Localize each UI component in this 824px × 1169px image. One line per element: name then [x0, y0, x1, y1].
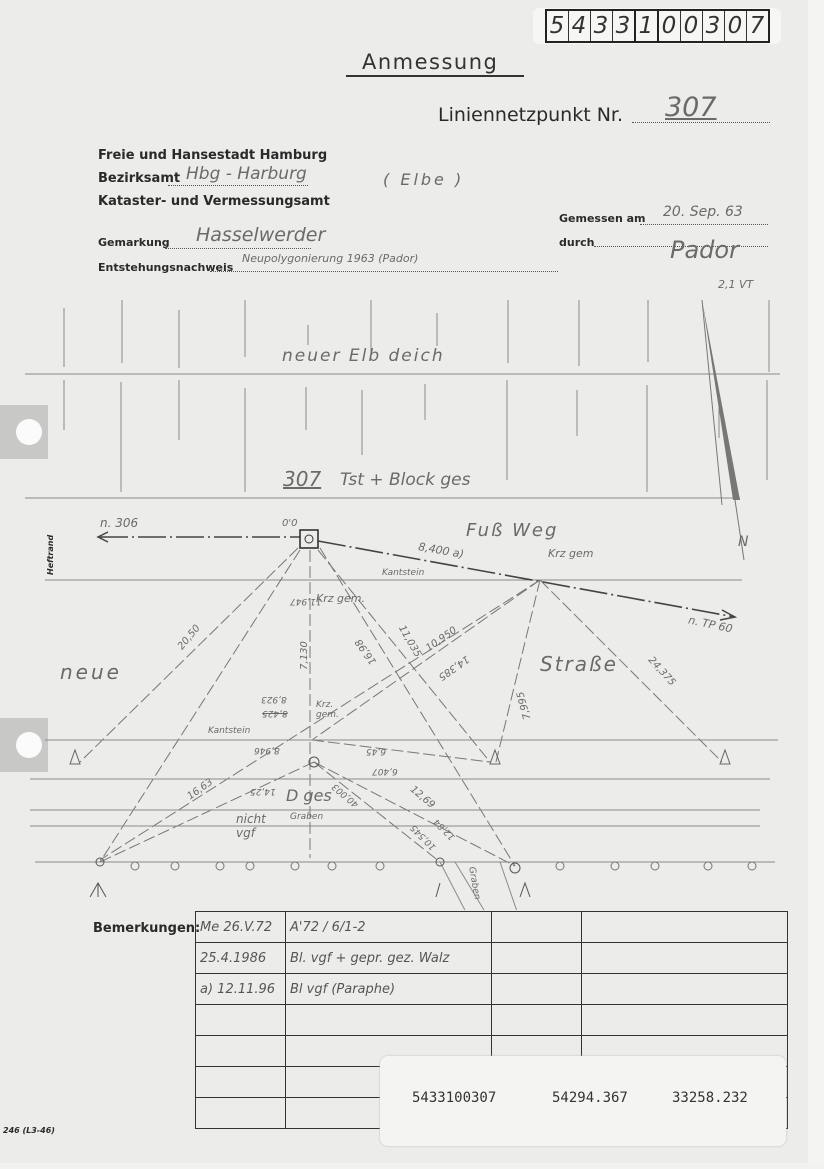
id-digit: 3: [703, 11, 725, 41]
by-label: durch: [559, 236, 594, 249]
coordinate-y: 33258.232: [672, 1090, 748, 1106]
remarks-cell: Bl vgf (Paraphe): [286, 974, 492, 1005]
district-label: Bezirksamt: [98, 171, 180, 186]
measurement: 6,45: [366, 746, 386, 756]
measurement: 14,25: [250, 786, 276, 796]
heftrand-label: Heftrand: [46, 535, 55, 575]
cross-mark-3: Krz. gem.: [316, 700, 342, 720]
kerb-label-2: Kantstein: [208, 726, 250, 736]
graben-label-1: Graben: [290, 812, 323, 822]
coordinate-x: 54294.367: [552, 1090, 628, 1106]
remarks-cell: [492, 943, 582, 974]
coordinate-label: 5433100307 54294.367 33258.232: [380, 1056, 786, 1146]
gemarkung-value: Hasselwerder: [196, 224, 325, 246]
id-digit: 0: [681, 11, 703, 41]
remarks-cell: [582, 1005, 788, 1036]
gemarkung-dotline: [165, 248, 311, 249]
remarks-cell: Bl. vgf + gepr. gez. Walz: [286, 943, 492, 974]
remarks-cell: [582, 943, 788, 974]
page-edge-bottom: [0, 1163, 824, 1169]
id-digit: 7: [747, 11, 768, 41]
remarks-cell: [582, 974, 788, 1005]
form-code: 246 (L3-46): [3, 1126, 55, 1135]
direction-306: n. 306: [100, 516, 138, 530]
id-digit: 3: [613, 11, 636, 41]
remarks-cell: [286, 1005, 492, 1036]
new-label: neue: [60, 660, 122, 684]
id-digit: 4: [569, 11, 591, 41]
dike-label: neuer Elb deich: [282, 346, 445, 366]
office-label: Kataster- und Vermessungsamt: [98, 194, 330, 209]
north-label: N: [738, 534, 748, 550]
remarks-cell: a) 12.11.96: [196, 974, 286, 1005]
remarks-cell: 25.4.1986: [196, 943, 286, 974]
coordinate-point-id: 5433100307: [412, 1090, 496, 1106]
measurement: 8,946: [254, 745, 280, 755]
document-id-digits: 5 4 3 3 1 0 0 3 0 7: [545, 9, 770, 43]
cross-mark-2: Krz gem.: [316, 592, 365, 605]
point-number: 307: [665, 92, 717, 123]
district-value: Hbg - Harburg: [186, 164, 307, 184]
measured-value: 20. Sep. 63: [663, 204, 743, 220]
remarks-cell: A'72 / 6/1-2: [286, 912, 492, 943]
street-label: Straße: [540, 652, 618, 676]
authority-label: Freie und Hansestadt Hamburg: [98, 148, 327, 163]
point-sketch-label: 307: [283, 467, 321, 491]
measurement: 8,425: [262, 708, 288, 718]
measured-dotline: [640, 224, 768, 225]
district-dotline: [168, 185, 308, 186]
origin-mark: 0'0: [282, 518, 297, 529]
table-row: a) 12.11.96 Bl vgf (Paraphe): [196, 974, 788, 1005]
remarks-cell: [196, 1067, 286, 1098]
origin-value: Neupolygonierung 1963 (Pador): [242, 252, 418, 265]
remarks-cell: [582, 912, 788, 943]
table-row: Me 26.V.72 A'72 / 6/1-2: [196, 912, 788, 943]
title-underline: [346, 75, 524, 77]
cross-mark-1: Krz gem: [548, 547, 593, 560]
id-digit: 0: [659, 11, 681, 41]
nicht-vgf-label: nicht vgf: [236, 812, 276, 840]
remarks-cell: [196, 1005, 286, 1036]
table-row: [196, 1005, 788, 1036]
d-ges-label: D ges: [286, 786, 332, 805]
page-title: Anmessung: [362, 50, 498, 74]
remarks-cell: [492, 974, 582, 1005]
remarks-label: Bemerkungen:: [93, 921, 200, 936]
remarks-cell: [492, 912, 582, 943]
survey-sketch: [0, 270, 808, 910]
kerb-label-1: Kantstein: [382, 568, 424, 578]
remarks-cell: [196, 1036, 286, 1067]
remarks-cell: Me 26.V.72: [196, 912, 286, 943]
remarks-cell: [196, 1098, 286, 1129]
district-note: ( Elbe ): [383, 170, 464, 189]
point-note: Tst + Block ges: [340, 470, 470, 490]
document-id-label: 5 4 3 3 1 0 0 3 0 7: [533, 8, 781, 44]
measurement: 8,923: [261, 694, 287, 704]
id-digit: 0: [725, 11, 747, 41]
page-edge: [808, 0, 824, 1169]
measurement: 6,407: [372, 766, 398, 776]
point-label: Liniennetzpunkt Nr.: [438, 104, 623, 126]
measurement: 7,130: [299, 641, 310, 670]
id-digit: 5: [547, 11, 569, 41]
gemarkung-label: Gemarkung: [98, 236, 170, 249]
table-row: 25.4.1986 Bl. vgf + gepr. gez. Walz: [196, 943, 788, 974]
by-signature: Pador: [670, 236, 739, 264]
id-digit: 3: [591, 11, 613, 41]
measurement: 11,947: [290, 596, 322, 606]
footway-label: Fuß Weg: [466, 520, 558, 541]
id-digit: 1: [636, 11, 659, 41]
measured-label: Gemessen am: [559, 212, 646, 225]
remarks-cell: [492, 1005, 582, 1036]
